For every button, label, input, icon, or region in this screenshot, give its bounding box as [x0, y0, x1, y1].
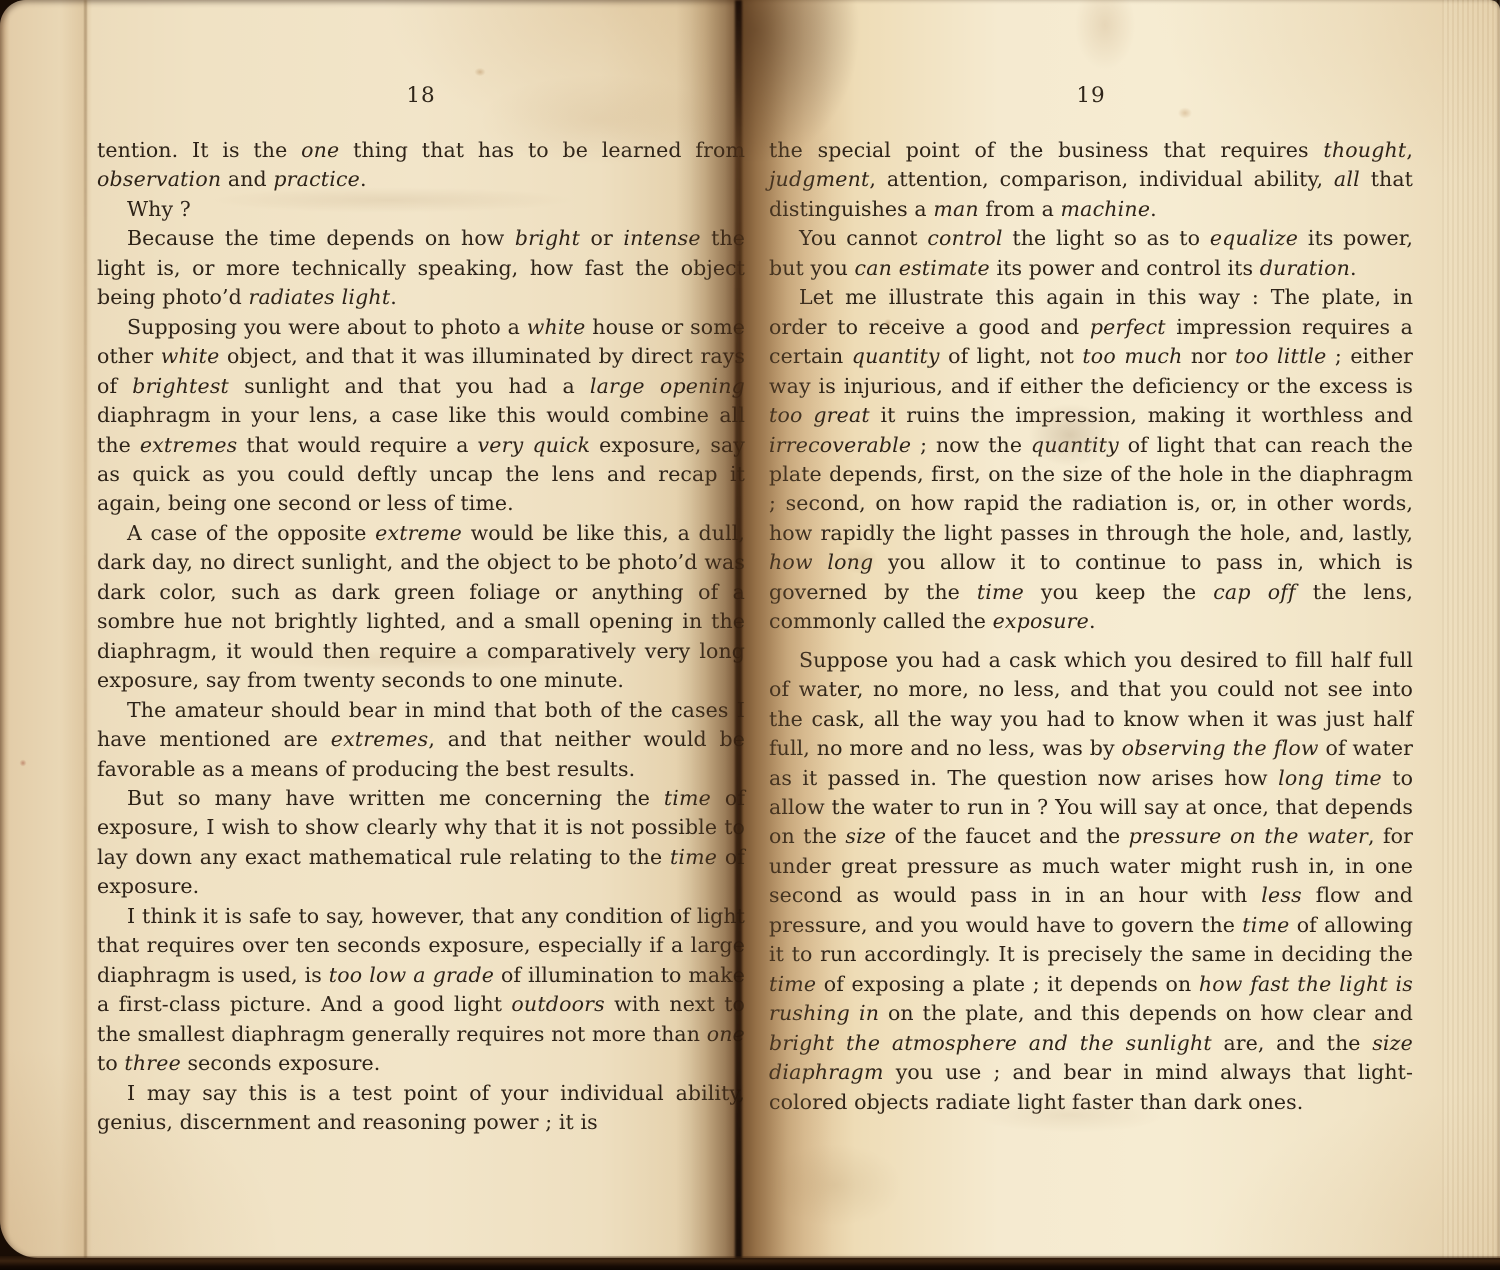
- italic-text: white: [161, 344, 220, 368]
- paragraph: Because the time depends on how bright o…: [97, 224, 745, 312]
- italic-text: pressure on the water: [1129, 824, 1368, 848]
- italic-text: cap off: [1213, 580, 1296, 604]
- page-18: 18 tention. It is the one thing that has…: [0, 0, 740, 1258]
- italic-text: outdoors: [511, 992, 605, 1016]
- italic-text: extreme: [375, 521, 462, 545]
- italic-text: control: [927, 226, 1002, 250]
- italic-text: machine: [1061, 197, 1151, 221]
- italic-text: white: [527, 315, 586, 339]
- italic-text: perfect: [1090, 315, 1166, 339]
- italic-text: radiates light: [248, 285, 390, 309]
- italic-text: long time: [1278, 766, 1382, 790]
- paragraph: Let me illustrate this again in this way…: [769, 283, 1413, 636]
- italic-text: one: [301, 138, 339, 162]
- italic-text: three: [124, 1051, 181, 1075]
- page-19-text: the special point of the business that r…: [769, 136, 1413, 1117]
- book-gutter: [735, 0, 742, 1260]
- italic-text: size: [845, 824, 886, 848]
- italic-text: quantity: [852, 344, 940, 368]
- page-19: 19 the special point of the business tha…: [740, 0, 1500, 1258]
- paragraph: But so many have written me concerning t…: [97, 784, 745, 902]
- italic-text: bright: [515, 226, 580, 250]
- paragraph: I think it is safe to say, however, that…: [97, 902, 745, 1079]
- page-number-right: 19: [769, 83, 1413, 108]
- paragraph: Why ?: [97, 195, 745, 224]
- paragraph: A case of the opposite extreme would be …: [97, 519, 745, 696]
- gutter-shadow-left: [676, 0, 740, 1258]
- scan-bottom-edge: [0, 1256, 1500, 1270]
- italic-text: quantity: [1031, 433, 1119, 457]
- italic-text: less: [1261, 883, 1302, 907]
- italic-text: too much: [1082, 344, 1182, 368]
- paragraph: I may say this is a test point of your i…: [97, 1079, 745, 1138]
- page-number-left: 18: [97, 83, 745, 108]
- page-18-text: tention. It is the one thing that has to…: [97, 136, 745, 1137]
- italic-text: man: [933, 197, 978, 221]
- paragraph: tention. It is the one thing that has to…: [97, 136, 745, 195]
- italic-text: extremes: [331, 727, 429, 751]
- italic-text: too little: [1235, 344, 1327, 368]
- italic-text: duration: [1260, 256, 1350, 280]
- italic-text: too low a grade: [329, 963, 494, 987]
- italic-text: how fast the light is rushing in: [769, 972, 1413, 1025]
- italic-text: time: [977, 580, 1024, 604]
- italic-text: extremes: [140, 433, 238, 457]
- page-edge-crease: [84, 0, 87, 1258]
- paragraph: The amateur should bear in mind that bot…: [97, 696, 745, 784]
- italic-text: thought: [1323, 138, 1406, 162]
- paragraph: You cannot control the light so as to eq…: [769, 224, 1413, 283]
- gutter-shadow-right: [740, 0, 832, 1258]
- paragraph: the special point of the business that r…: [769, 136, 1413, 224]
- italic-text: observation: [97, 167, 221, 191]
- page-edge-texture: [1442, 0, 1500, 1258]
- italic-text: all: [1334, 167, 1360, 191]
- italic-text: bright the atmosphere and the sunlight: [769, 1031, 1212, 1055]
- italic-text: very quick: [478, 433, 591, 457]
- italic-text: practice: [273, 167, 360, 191]
- paragraph: Suppose you had a cask which you desired…: [769, 646, 1413, 1117]
- italic-text: time: [1242, 913, 1289, 937]
- italic-text: exposure: [993, 609, 1089, 633]
- book-scan: 18 tention. It is the one thing that has…: [0, 0, 1500, 1270]
- italic-text: brightest: [132, 374, 229, 398]
- paragraph: Supposing you were about to photo a whit…: [97, 313, 745, 519]
- italic-text: can estimate: [855, 256, 990, 280]
- italic-text: observing the flow: [1122, 736, 1319, 760]
- italic-text: equalize: [1210, 226, 1298, 250]
